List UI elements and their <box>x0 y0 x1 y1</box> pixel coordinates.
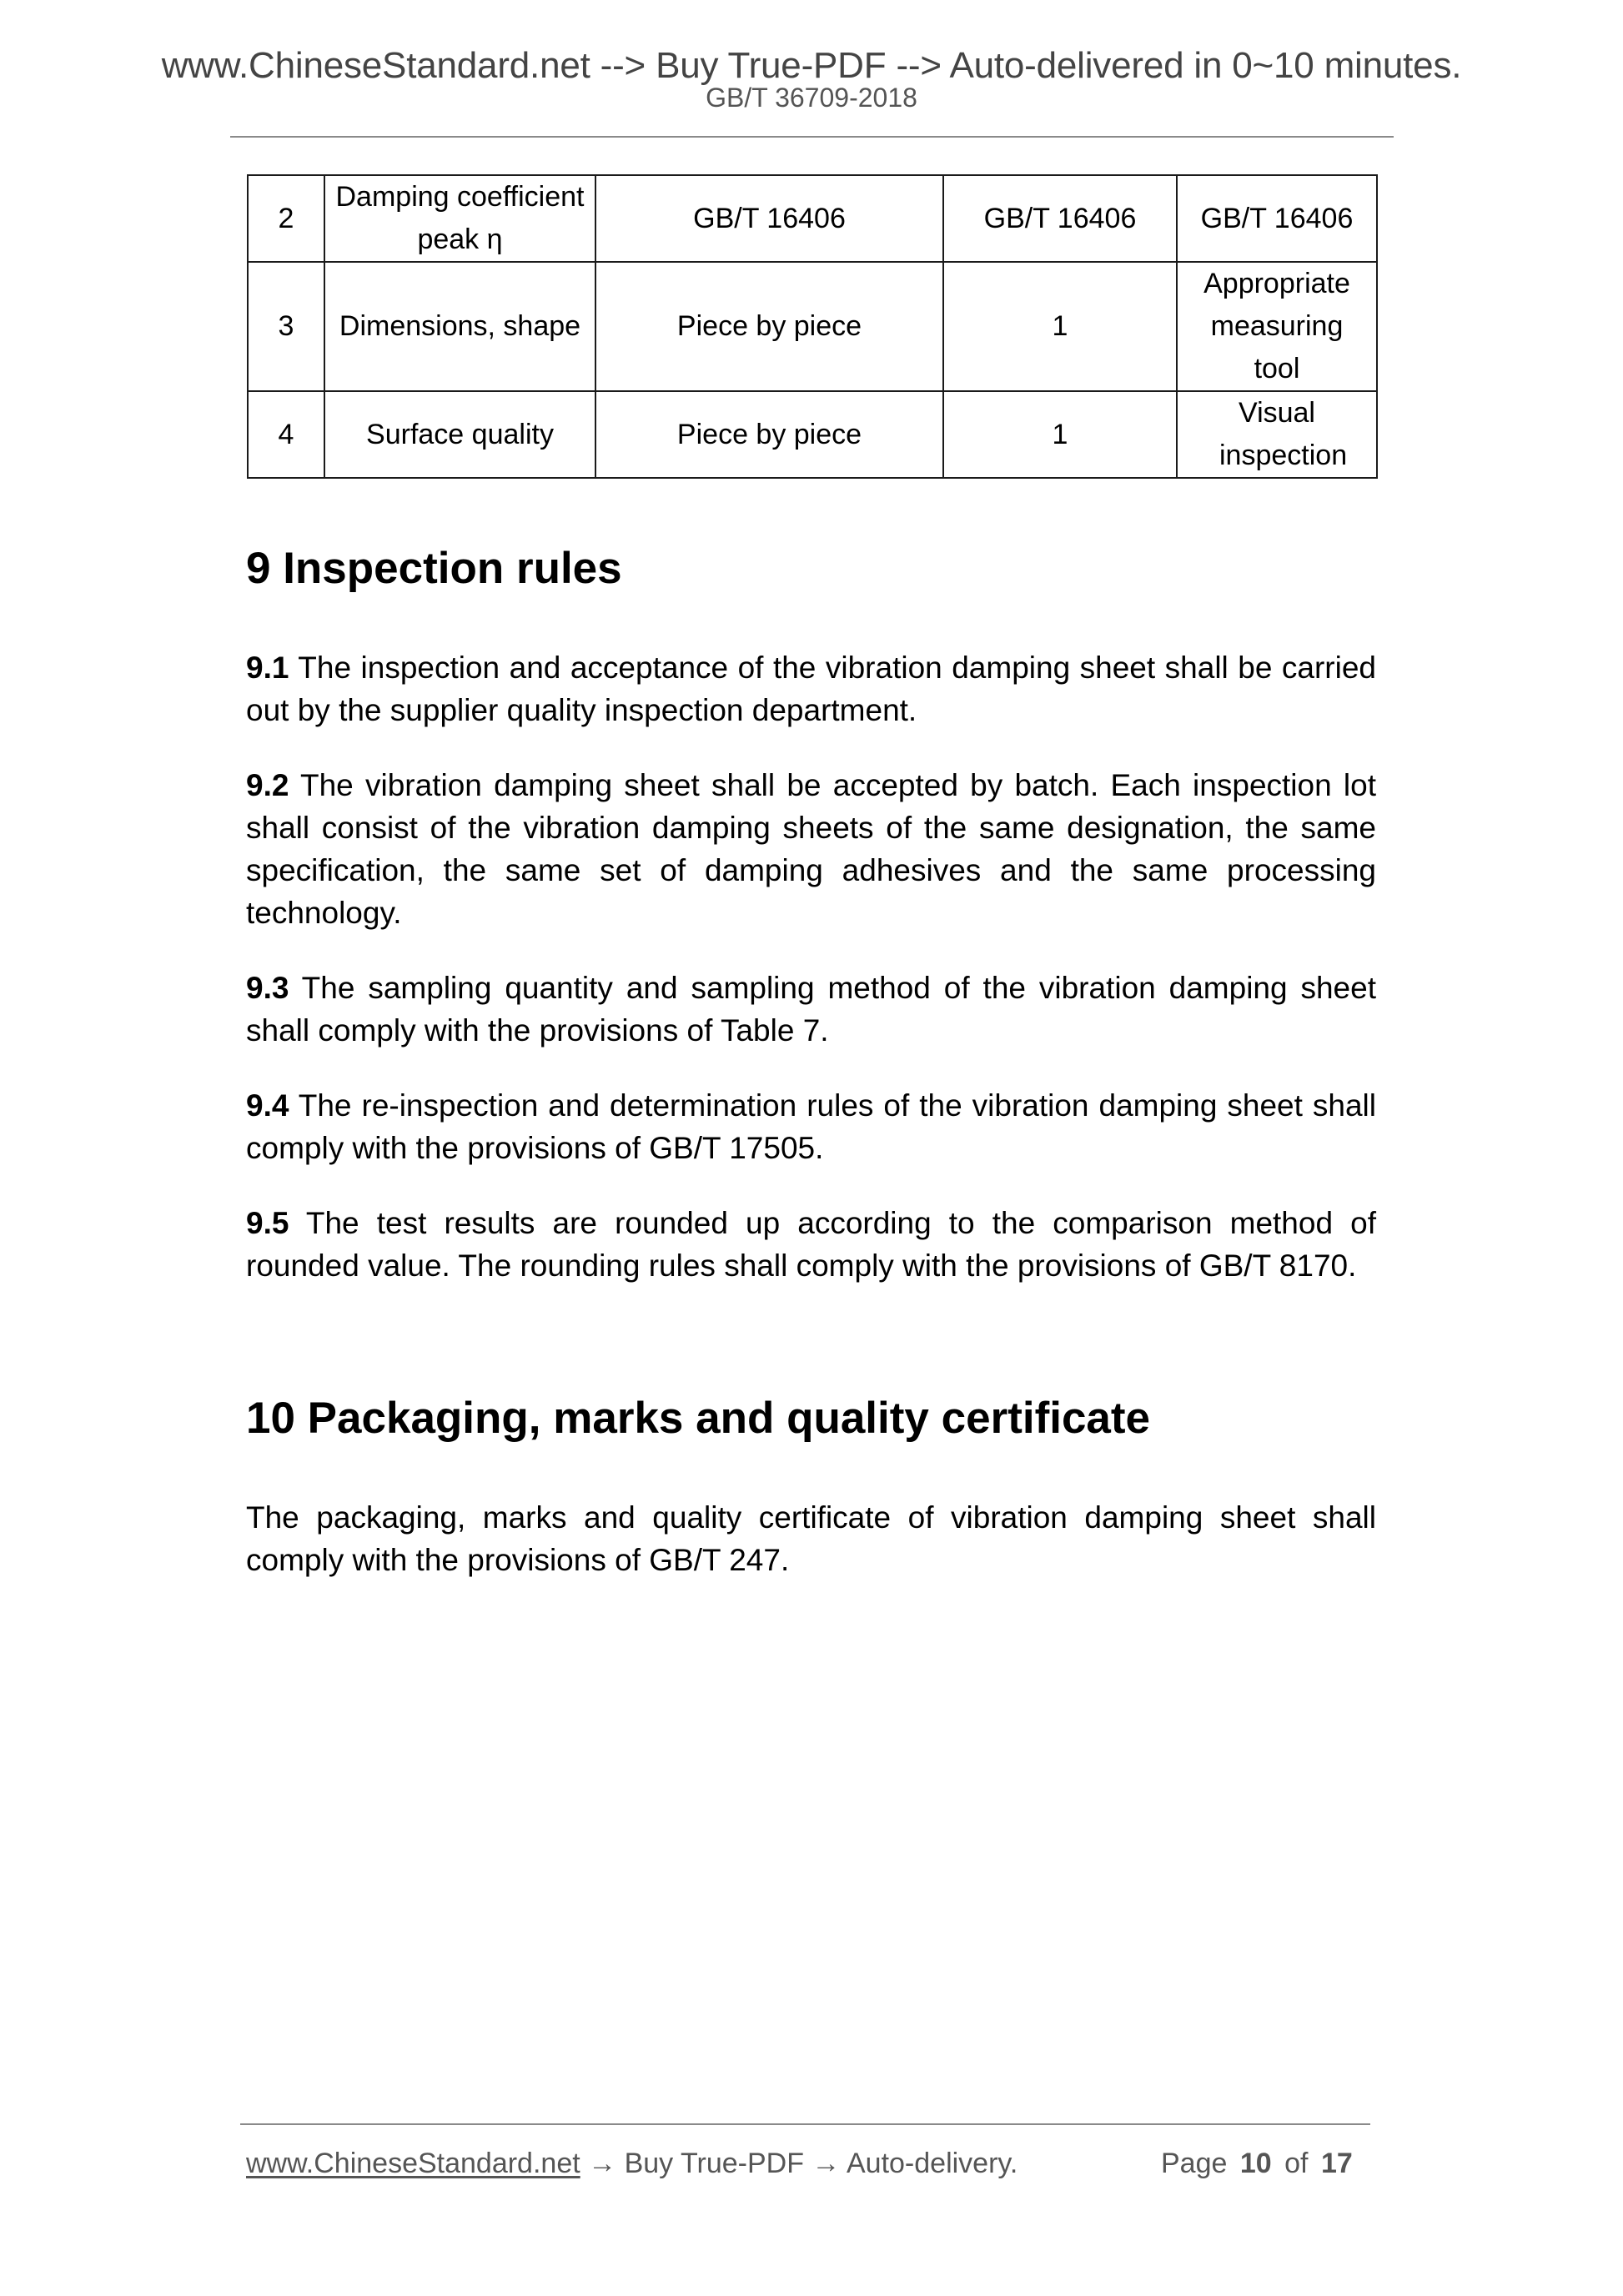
cell-col5: GB/T 16406 <box>1177 175 1377 262</box>
cell-col5: Appropriate measuring tool <box>1177 262 1377 391</box>
table-row: 2 Damping coefficient peak η GB/T 16406 … <box>248 175 1377 262</box>
footer-promo: www.ChineseStandard.net → Buy True-PDF →… <box>246 2147 1018 2180</box>
cell-item: Dimensions, shape <box>324 262 595 391</box>
cell-item: Damping coefficient peak η <box>324 175 595 262</box>
cell-no: 2 <box>248 175 324 262</box>
page-indicator: Page 10 of 17 <box>1161 2147 1353 2180</box>
table-row: 4 Surface quality Piece by piece 1 Visua… <box>248 391 1377 478</box>
section-9-heading: 9 Inspection rules <box>246 544 622 594</box>
cell-col3: Piece by piece <box>595 391 943 478</box>
clause-text: The inspection and acceptance of the vib… <box>246 651 1376 727</box>
header-divider <box>230 136 1394 138</box>
clause-number: 9.5 <box>246 1206 289 1240</box>
clause-9-5: 9.5 The test results are rounded up acco… <box>246 1202 1376 1287</box>
table-row: 3 Dimensions, shape Piece by piece 1 App… <box>248 262 1377 391</box>
clause-number: 9.4 <box>246 1088 289 1123</box>
clause-9-2: 9.2 The vibration damping sheet shall be… <box>246 764 1376 934</box>
page-label: Page <box>1161 2148 1227 2179</box>
section-10-heading: 10 Packaging, marks and quality certific… <box>246 1394 1150 1444</box>
footer-site-link[interactable]: www.ChineseStandard.net <box>246 2148 580 2179</box>
footer-trail: → Buy True-PDF → Auto-delivery. <box>580 2148 1018 2179</box>
cell-col4: GB/T 16406 <box>943 175 1177 262</box>
page-total: 17 <box>1321 2148 1353 2179</box>
cell-item: Surface quality <box>324 391 595 478</box>
footer-divider <box>240 2123 1370 2125</box>
clause-text: The re-inspection and determination rule… <box>246 1088 1376 1165</box>
page-current: 10 <box>1240 2148 1272 2179</box>
cell-col5: Visual inspection <box>1177 391 1377 478</box>
clause-number: 9.3 <box>246 971 289 1005</box>
section-10-text: The packaging, marks and quality certifi… <box>246 1496 1376 1581</box>
clause-number: 9.2 <box>246 768 289 802</box>
standard-code: GB/T 36709-2018 <box>0 83 1623 113</box>
clause-text: The sampling quantity and sampling metho… <box>246 971 1376 1048</box>
clause-text: The vibration damping sheet shall be acc… <box>246 768 1376 930</box>
cell-no: 4 <box>248 391 324 478</box>
clause-9-4: 9.4 The re-inspection and determination … <box>246 1084 1376 1169</box>
cell-col4: 1 <box>943 262 1177 391</box>
cell-no: 3 <box>248 262 324 391</box>
clause-number: 9.1 <box>246 651 289 685</box>
cell-col3: GB/T 16406 <box>595 175 943 262</box>
banner-header: www.ChineseStandard.net --> Buy True-PDF… <box>0 45 1623 87</box>
clause-9-1: 9.1 The inspection and acceptance of the… <box>246 646 1376 731</box>
cell-col4: 1 <box>943 391 1177 478</box>
cell-col3: Piece by piece <box>595 262 943 391</box>
inspection-items-table: 2 Damping coefficient peak η GB/T 16406 … <box>247 174 1378 479</box>
clause-text: The test results are rounded up accordin… <box>246 1206 1376 1283</box>
of-label: of <box>1284 2148 1308 2179</box>
clause-9-3: 9.3 The sampling quantity and sampling m… <box>246 967 1376 1052</box>
